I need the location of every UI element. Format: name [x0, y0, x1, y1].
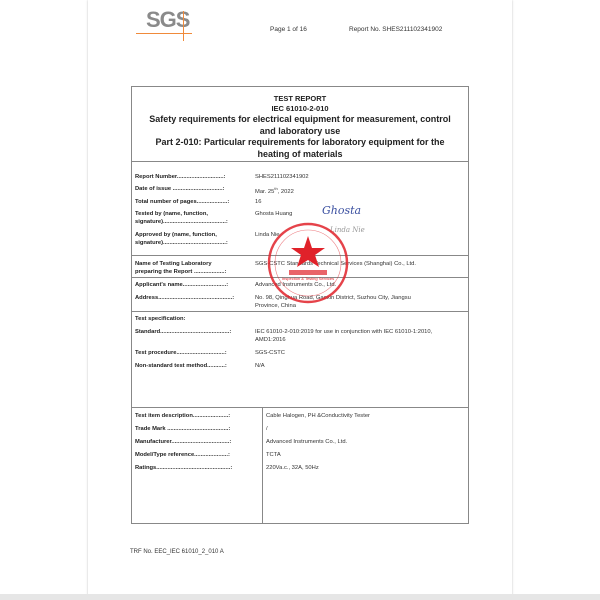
title-block: TEST REPORT IEC 61010-2-010 Safety requi…: [132, 87, 468, 162]
doc-type: TEST REPORT: [132, 94, 468, 104]
page-bottom-edge: [0, 594, 600, 600]
title-line: and laboratory use: [132, 126, 468, 138]
title-line: Part 2-010: Particular requirements for …: [132, 137, 468, 149]
svg-text:Inspection & Testing Services: Inspection & Testing Services: [282, 276, 334, 281]
report-cover-table: TEST REPORT IEC 61010-2-010 Safety requi…: [131, 86, 469, 524]
page-number: Page 1 of 16: [270, 26, 307, 33]
standard-code: IEC 61010-2-010: [132, 104, 468, 114]
star-icon: [291, 236, 325, 267]
header-report-number: Report No. SHES211102341902: [349, 26, 442, 33]
divider: [132, 311, 468, 312]
title-line: Safety requirements for electrical equip…: [132, 114, 468, 126]
divider: [132, 407, 468, 408]
sgs-logo: SGS: [136, 7, 192, 37]
title-line: heating of materials: [132, 149, 468, 161]
trf-number: TRF No. EEC_IEC 61010_2_010 A: [130, 549, 224, 555]
signature-tested: Ghosta: [322, 204, 361, 217]
logo-vertical-line: [183, 11, 184, 41]
company-seal-stamp: Inspection & Testing Services: [267, 222, 349, 304]
column-divider: [262, 407, 263, 524]
